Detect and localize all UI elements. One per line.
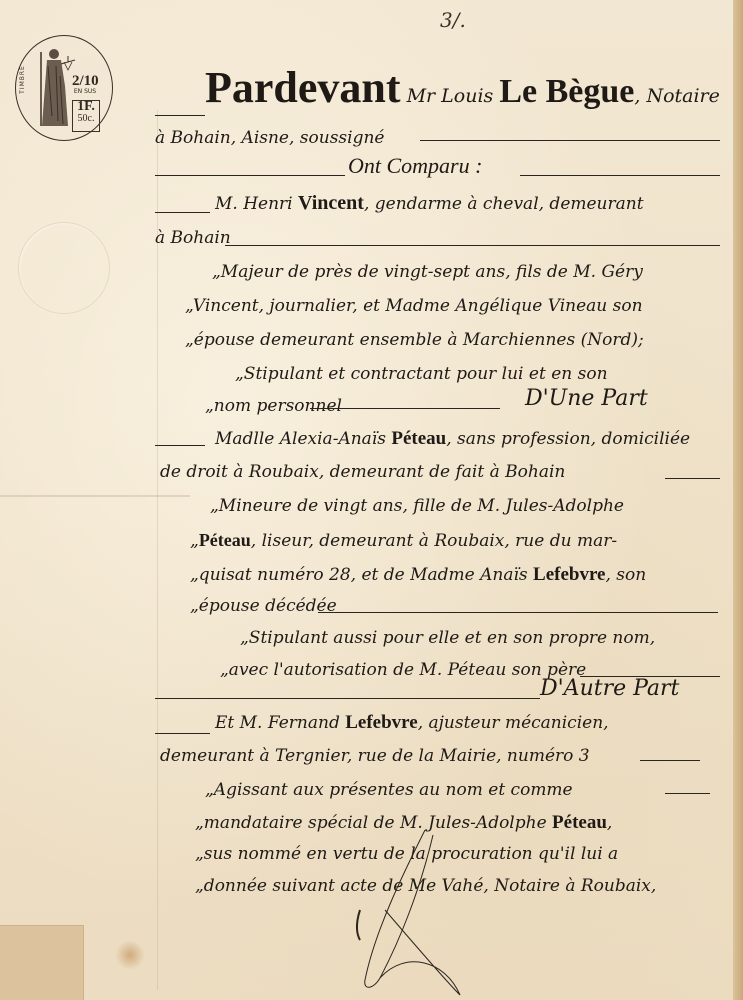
text-line: Et M. Fernand Lefebvre, ajusteur mécanic… — [215, 712, 609, 734]
rule — [155, 733, 210, 734]
party-surname: Péteau — [199, 530, 251, 550]
rule — [225, 245, 720, 246]
party-label-first: D'Une Part — [525, 386, 648, 411]
stamp-label: TIMBRE — [19, 65, 26, 94]
rule — [640, 760, 700, 761]
embossed-seal — [18, 222, 110, 314]
rule — [665, 793, 710, 794]
rule — [155, 175, 345, 176]
document-page: 3/. TIMBRE 2/10 EN SUS 1F. 50c. Pardevan… — [0, 0, 743, 1000]
party-surname: Vincent — [298, 192, 364, 214]
heading-line: Pardevant Mr Louis Le Bègue, Notaire — [205, 62, 720, 113]
stamp-tax-rate: 2/10 EN SUS — [72, 74, 98, 98]
rule — [155, 212, 210, 213]
text-line: „Agissant aux présentes au nom et comme — [205, 780, 573, 800]
ont-compaur-heading: Ont Comparu : — [348, 153, 482, 179]
rule — [155, 698, 540, 699]
party-surname: Lefebvre — [345, 712, 417, 733]
signature-paraph — [345, 830, 475, 1000]
rule — [318, 612, 718, 613]
rule — [665, 478, 720, 479]
text-line: M. Henri Vincent, gendarme à cheval, dem… — [215, 192, 644, 215]
paper-crease — [0, 495, 190, 497]
text-line: à Bohain — [155, 228, 231, 248]
text-line: „Stipulant et contractant pour lui et en… — [235, 364, 608, 384]
page-edge — [733, 0, 743, 1000]
rule — [420, 140, 720, 141]
text-line: „épouse décédée — [190, 596, 337, 616]
rule — [310, 408, 500, 409]
stamp-price: 1F. 50c. — [72, 100, 100, 132]
rule — [155, 445, 205, 446]
text-line: de droit à Roubaix, demeurant de fait à … — [160, 462, 565, 482]
text-line: „Péteau, liseur, demeurant à Roubaix, ru… — [190, 530, 617, 551]
notary-name: Le Bègue — [499, 73, 634, 110]
text-line: Madlle Alexia-Anaïs Péteau, sans profess… — [215, 428, 690, 450]
text-line: „épouse demeurant ensemble à Marchiennes… — [185, 330, 644, 350]
paper-patch — [0, 925, 84, 1000]
text-line: „avec l'autorisation de M. Péteau son pè… — [220, 660, 586, 680]
party-label-second: D'Autre Part — [540, 676, 679, 701]
justice-figure-icon — [38, 46, 76, 132]
tax-stamp: TIMBRE 2/10 EN SUS 1F. 50c. — [15, 35, 113, 141]
party-surname: Péteau — [552, 812, 607, 833]
party-surname: Péteau — [391, 428, 446, 449]
text-line: „Vincent, journalier, et Madme Angélique… — [185, 296, 643, 316]
text-line: „nom personnel — [205, 396, 342, 416]
pardevant-title: Pardevant — [205, 63, 401, 112]
rule — [520, 175, 720, 176]
text-line: „quisat numéro 28, et de Madme Anaïs Lef… — [190, 564, 646, 586]
foxing-stain — [115, 940, 145, 970]
rule — [155, 115, 205, 116]
text-line: à Bohain, Aisne, soussigné — [155, 128, 384, 148]
text-line: „Mineure de vingt ans, fille de M. Jules… — [210, 496, 624, 516]
text-line: demeurant à Tergnier, rue de la Mairie, … — [160, 746, 590, 766]
party-surname: Lefebvre — [533, 564, 605, 585]
text-line: „Majeur de près de vingt-sept ans, fils … — [212, 262, 643, 282]
folio-mark: 3/. — [440, 8, 466, 32]
text-line: „Stipulant aussi pour elle et en son pro… — [240, 628, 655, 648]
